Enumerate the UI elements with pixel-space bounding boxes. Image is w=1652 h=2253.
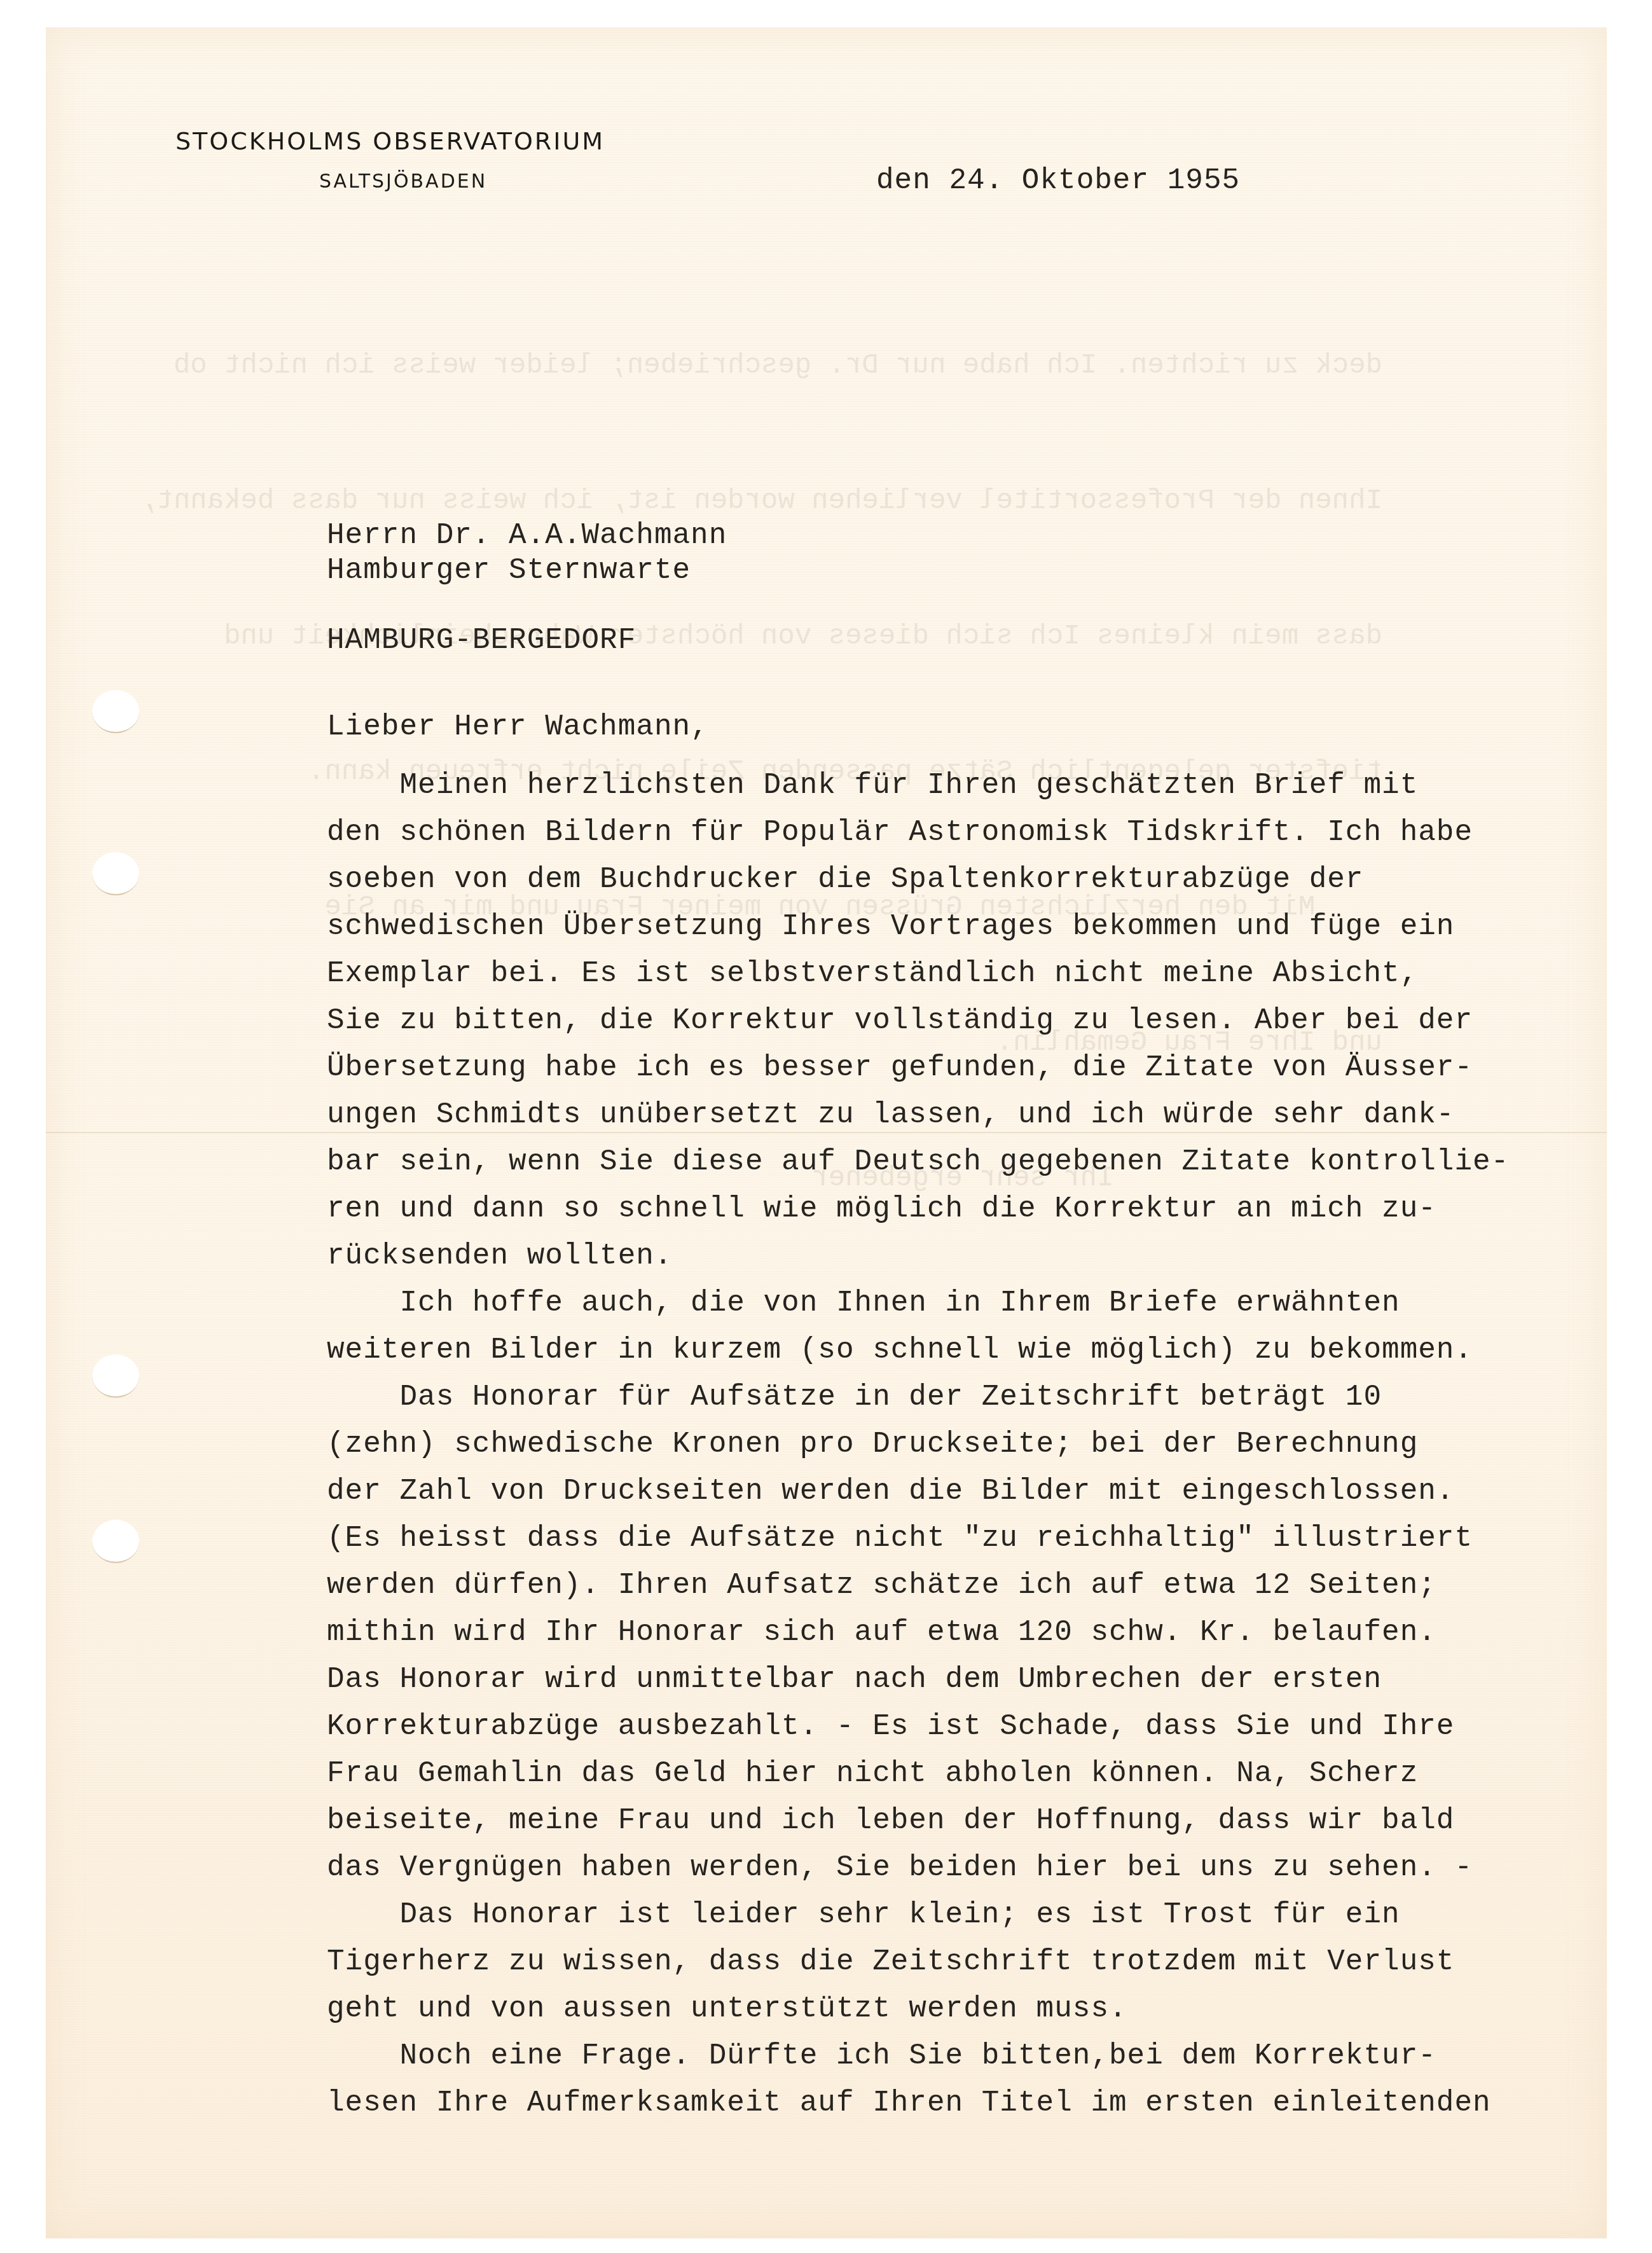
body-line: Sie zu bitten, die Korrektur vollständig… xyxy=(327,997,1605,1044)
body-line: rücksenden wollten. xyxy=(327,1232,1605,1279)
body-line: Frau Gemahlin das Geld hier nicht abhole… xyxy=(327,1750,1605,1797)
body-line: (Es heisst dass die Aufsätze nicht "zu r… xyxy=(327,1515,1605,1562)
bleed-line: deck zu richten. Ich habe nur Dr. geschr… xyxy=(140,343,1382,389)
recipient-city: HAMBURG-BERGEDORF xyxy=(327,623,727,658)
punch-hole-icon xyxy=(92,690,139,733)
body-line: Übersetzung habe ich es besser gefunden,… xyxy=(327,1044,1605,1091)
letterhead-organization: STOCKHOLMS OBSERVATORIUM xyxy=(176,127,605,155)
body-line: geht und von aussen unterstützt werden m… xyxy=(327,1985,1605,2032)
body-line: Meinen herzlichsten Dank für Ihren gesch… xyxy=(327,762,1605,809)
body-line: Korrekturabzüge ausbezahlt. - Es ist Sch… xyxy=(327,1703,1605,1750)
salutation: Lieber Herr Wachmann, xyxy=(327,710,709,743)
letterhead-location: SALTSJÖBADEN xyxy=(319,170,487,193)
body-line: Das Honorar ist leider sehr klein; es is… xyxy=(327,1891,1605,1938)
body-line: Tigerherz zu wissen, dass die Zeitschrif… xyxy=(327,1938,1605,1985)
body-line: Exemplar bei. Es ist selbstverständlich … xyxy=(327,950,1605,997)
body-line: weiteren Bilder in kurzem (so schnell wi… xyxy=(327,1326,1605,1374)
letter-body: Meinen herzlichsten Dank für Ihren gesch… xyxy=(327,762,1605,2126)
recipient-institution: Hamburger Sternwarte xyxy=(327,553,727,588)
recipient-address: Herrn Dr. A.A.Wachmann Hamburger Sternwa… xyxy=(327,518,727,658)
body-line: den schönen Bildern für Populär Astronom… xyxy=(327,809,1605,856)
body-line: Noch eine Frage. Dürfte ich Sie bitten,b… xyxy=(327,2032,1605,2079)
letter-date: den 24. Oktober 1955 xyxy=(876,164,1240,197)
bleed-line: Ihnen der Professortitel verliehen worde… xyxy=(140,479,1382,524)
body-line: der Zahl von Druckseiten werden die Bild… xyxy=(327,1468,1605,1515)
body-line: bar sein, wenn Sie diese auf Deutsch geg… xyxy=(327,1138,1605,1185)
body-line: (zehn) schwedische Kronen pro Druckseite… xyxy=(327,1421,1605,1468)
body-line: mithin wird Ihr Honorar sich auf etwa 12… xyxy=(327,1609,1605,1656)
punch-hole-icon xyxy=(92,1354,139,1398)
body-line: ungen Schmidts unübersetzt zu lassen, un… xyxy=(327,1091,1605,1138)
body-line: ren und dann so schnell wie möglich die … xyxy=(327,1185,1605,1232)
punch-hole-icon xyxy=(92,852,139,895)
body-line: Das Honorar wird unmittelbar nach dem Um… xyxy=(327,1656,1605,1703)
body-line: Ich hoffe auch, die von Ihnen in Ihrem B… xyxy=(327,1279,1605,1326)
body-line: lesen Ihre Aufmerksamkeit auf Ihren Tite… xyxy=(327,2079,1605,2126)
body-line: Das Honorar für Aufsätze in der Zeitschr… xyxy=(327,1374,1605,1421)
punch-hole-icon xyxy=(92,1520,139,1563)
body-line: werden dürfen). Ihren Aufsatz schätze ic… xyxy=(327,1562,1605,1609)
body-line: beiseite, meine Frau und ich leben der H… xyxy=(327,1797,1605,1844)
recipient-name: Herrn Dr. A.A.Wachmann xyxy=(327,518,727,553)
body-line: schwedischen Übersetzung Ihres Vortrages… xyxy=(327,903,1605,950)
body-line: das Vergnügen haben werden, Sie beiden h… xyxy=(327,1844,1605,1891)
body-line: soeben von dem Buchdrucker die Spaltenko… xyxy=(327,856,1605,903)
